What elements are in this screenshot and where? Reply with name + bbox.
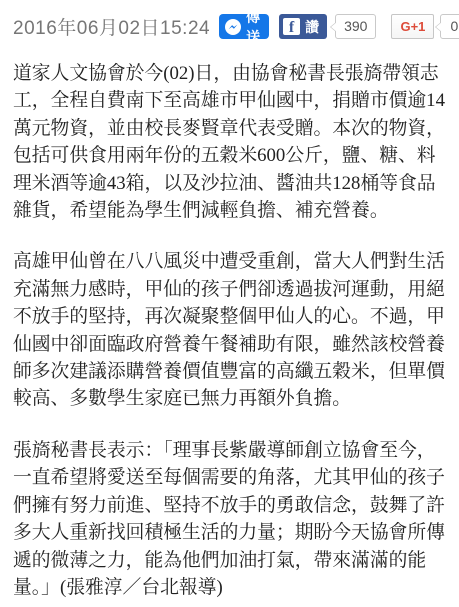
facebook-icon: f — [283, 18, 300, 35]
google-plus-count: 0 — [440, 14, 459, 39]
messenger-share-button[interactable]: 傳送 — [219, 14, 269, 39]
article-body: 道家人文協會於今(02)日，由協會秘書長張旖帶領志 工，全程自費南下至高雄市甲仙… — [13, 60, 449, 601]
article-paragraph-3: 張旖秘書長表示：「理事長紫嚴導師創立協會至今， 一直希望將愛送至每個需要的角落，… — [13, 437, 449, 601]
facebook-like-button[interactable]: f 讚 — [279, 14, 327, 39]
facebook-like-widget: f 讚 390 — [279, 14, 376, 39]
article-meta-bar: 2016年06月02日15:24 傳送 f 讚 390 — [13, 13, 449, 40]
article-page: 2016年06月02日15:24 傳送 f 讚 390 — [0, 0, 459, 601]
google-plus-one-button[interactable]: G+1 — [391, 14, 434, 39]
messenger-icon — [225, 19, 241, 35]
facebook-like-label: 讚 — [305, 17, 319, 37]
facebook-like-count: 390 — [335, 14, 376, 39]
publish-date: 2016年06月02日15:24 — [13, 13, 210, 40]
article-paragraph-1: 道家人文協會於今(02)日，由協會秘書長張旖帶領志 工，全程自費南下至高雄市甲仙… — [13, 60, 449, 224]
google-plus-one-label: G+1 — [400, 19, 425, 34]
share-bar: 傳送 f 讚 390 G+1 0 — [219, 14, 459, 39]
messenger-share-label: 傳送 — [246, 7, 260, 47]
article-paragraph-2: 高雄甲仙曾在八八風災中遭受重創，當大人們對生活 充滿無力感時，甲仙的孩子們卻透過… — [13, 248, 449, 412]
google-plus-widget: G+1 0 — [391, 14, 459, 39]
